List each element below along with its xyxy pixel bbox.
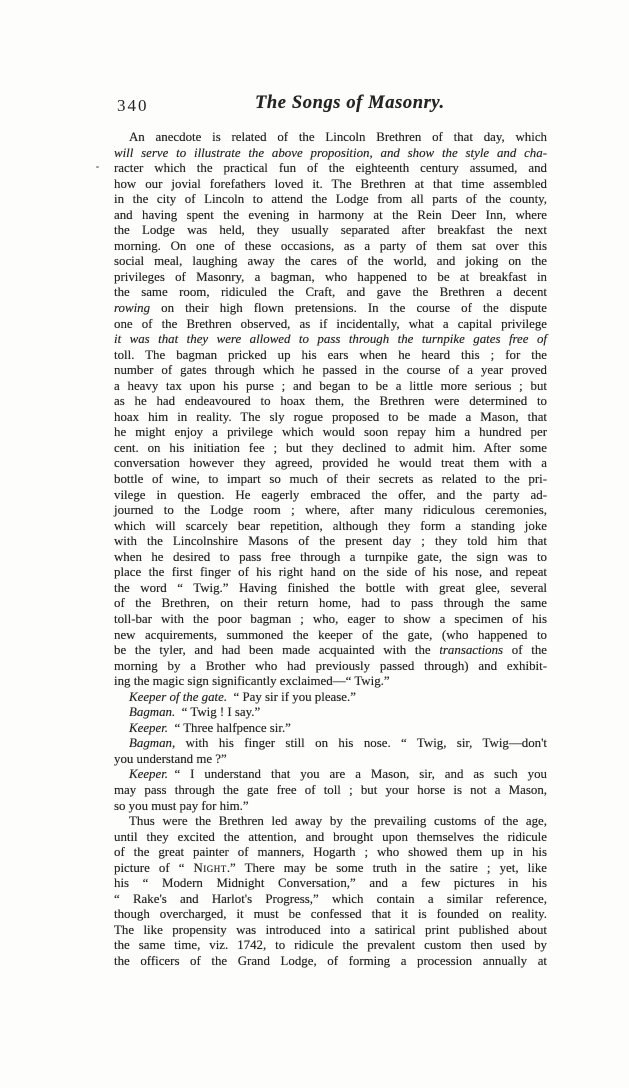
text-line: journed to the Lodge room ; where, after… <box>114 503 547 519</box>
text-line: number of gates through which he passed … <box>114 363 547 379</box>
text-line: picture of “ Night.” There may be some t… <box>114 861 547 877</box>
text-line: be the tyler, and had been made acquaint… <box>114 643 547 659</box>
text-line: Keeper. “ I understand that you are a Ma… <box>114 767 547 783</box>
text-line: hoax him in reality. The sly rogue propo… <box>114 410 547 426</box>
text-line: Bagman, with his finger still on his nos… <box>114 736 547 752</box>
text-line: which will scarcely bear repetition, alt… <box>114 519 547 535</box>
page-text: An anecdote is related of the Lincoln Br… <box>114 130 547 970</box>
paragraph: Keeper of the gate. “ Pay sir if you ple… <box>114 690 547 706</box>
page-number: 340 <box>117 96 149 116</box>
text-line: when he desired to pass free through a t… <box>114 550 547 566</box>
text-line: until they excited the attention, and br… <box>114 830 547 846</box>
text-line: with the Lincolnshire Masons of the pres… <box>114 534 547 550</box>
text-line: Thus were the Brethren led away by the p… <box>114 814 547 830</box>
running-title: The Songs of Masonry. <box>255 93 445 114</box>
text-line: conversation however they agreed, provid… <box>114 456 547 472</box>
text-line: cent. on his initiation fee ; but they d… <box>114 441 547 457</box>
text-line: how our jovial forefathers loved it. The… <box>114 177 547 193</box>
text-line: the officers of the Grand Lodge, of form… <box>114 954 547 970</box>
scan-speck <box>96 166 99 168</box>
text-line: morning by a Brother who had previously … <box>114 659 547 675</box>
text-line: the same room, ridiculed the Craft, and … <box>114 285 547 301</box>
text-line: will serve to illustrate the above propo… <box>114 146 547 162</box>
text-line: the word “ Twig.” Having finished the bo… <box>114 581 547 597</box>
text-line: the Lodge was held, they usually separat… <box>114 223 547 239</box>
text-line: a heavy tax upon his purse ; and began t… <box>114 379 547 395</box>
text-line: it was that they were allowed to pass th… <box>114 332 547 348</box>
text-line: in the city of Lincoln to attend the Lod… <box>114 192 547 208</box>
text-line: may pass through the gate free of toll ;… <box>114 783 547 799</box>
text-line: “ Rake's and Harlot's Progress,” which c… <box>114 892 547 908</box>
paragraph: An anecdote is related of the Lincoln Br… <box>114 130 547 690</box>
text-line: toll-bar with the poor bagman ; who, eag… <box>114 612 547 628</box>
text-line: racter which the practical fun of the ei… <box>114 161 547 177</box>
text-line: Bagman. “ Twig ! I say.” <box>114 705 547 721</box>
text-line: morning. On one of these occasions, as a… <box>114 239 547 255</box>
text-line: of the Brethren, on their return home, h… <box>114 596 547 612</box>
text-line: he might enjoy a privilege which would s… <box>114 425 547 441</box>
text-line: new acquirements, summoned the keeper of… <box>114 628 547 644</box>
text-line: rowing on their high flown pretensions. … <box>114 301 547 317</box>
text-line: his “ Modern Midnight Conversation,” and… <box>114 876 547 892</box>
text-line: one of the Brethren observed, as if inci… <box>114 317 547 333</box>
text-line: vilege in question. He eagerly embraced … <box>114 488 547 504</box>
text-line: social meal, laughing away the cares of … <box>114 254 547 270</box>
text-line: bottle of wine, to impart so much of the… <box>114 472 547 488</box>
paragraph: Keeper. “ Three halfpence sir.” <box>114 721 547 737</box>
text-line: place the first finger of his right hand… <box>114 565 547 581</box>
text-line: though overcharged, it must be confessed… <box>114 907 547 923</box>
paragraph: Bagman. “ Twig ! I say.” <box>114 705 547 721</box>
paragraph: Thus were the Brethren led away by the p… <box>114 814 547 969</box>
text-line: Keeper. “ Three halfpence sir.” <box>114 721 547 737</box>
text-line: and having spent the evening in harmony … <box>114 208 547 224</box>
text-line: as he had endeavoured to hoax them, the … <box>114 394 547 410</box>
text-line: Keeper of the gate. “ Pay sir if you ple… <box>114 690 547 706</box>
text-line: of the great painter of manners, Hogarth… <box>114 845 547 861</box>
text-line: the same time, viz. 1742, to ridicule th… <box>114 938 547 954</box>
paragraph: Bagman, with his finger still on his nos… <box>114 736 547 767</box>
text-line: The like propensity was introduced into … <box>114 923 547 939</box>
text-line: toll. The bagman pricked up his ears whe… <box>114 348 547 364</box>
text-line: so you must pay for him.” <box>114 799 547 815</box>
book-page: 340 The Songs of Masonry. An anecdote is… <box>0 0 629 1088</box>
text-line: you understand me ?” <box>114 752 547 768</box>
text-line: privileges of Masonry, a bagman, who hap… <box>114 270 547 286</box>
paragraph: Keeper. “ I understand that you are a Ma… <box>114 767 547 814</box>
text-line: ing the magic sign significantly exclaim… <box>114 674 547 690</box>
text-line: An anecdote is related of the Lincoln Br… <box>114 130 547 146</box>
